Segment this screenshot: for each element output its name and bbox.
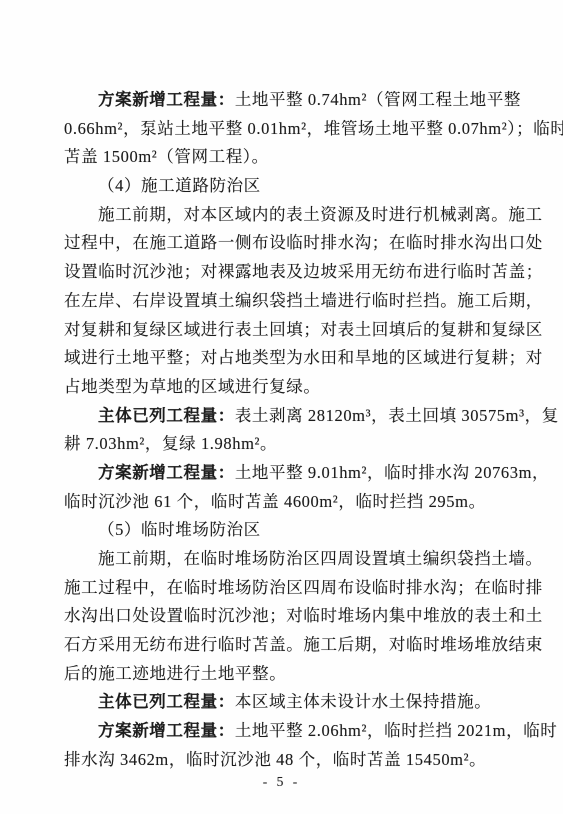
text-run: 在左岸、右岸设置填土编织袋挡土墙进行临时拦挡。施工后期，: [64, 291, 543, 310]
paragraph: 施工前期，对本区域内的表土资源及时进行机械剥离。施工过程中，在施工道路一侧布设临…: [64, 201, 516, 402]
text-line: 0.66hm²，泵站土地平整 0.01hm²，堆管场土地平整 0.07hm²）；…: [64, 115, 516, 144]
bold-run-in-label: 主体已列工程量：: [98, 692, 235, 711]
text-run: 水沟出口处设置临时沉沙池；对临时堆场内集中堆放的表土和土: [64, 606, 543, 625]
text-run: （5）临时堆场防治区: [98, 520, 261, 539]
text-run: 临时沉沙池 61 个，临时苫盖 4600m²，临时拦挡 295m。: [64, 492, 486, 511]
text-line: 方案新增工程量：土地平整 9.01hm²，临时排水沟 20763m，: [64, 459, 516, 488]
text-run: 过程中，在施工道路一侧布设临时排水沟；在临时排水沟出口处: [64, 233, 543, 252]
paragraph: 方案新增工程量：土地平整 9.01hm²，临时排水沟 20763m，临时沉沙池 …: [64, 459, 516, 516]
text-run: 0.66hm²，泵站土地平整 0.01hm²，堆管场土地平整 0.07hm²）；…: [64, 119, 563, 138]
text-line: 石方采用无纺布进行临时苫盖。施工后期，对临时堆场堆放结束: [64, 631, 516, 660]
paragraph: 施工前期，在临时堆场防治区四周设置填土编织袋挡土墙。施工过程中，在临时堆场防治区…: [64, 545, 516, 688]
text-run: 土地平整 9.01hm²，临时排水沟 20763m，: [235, 463, 549, 482]
text-line: 过程中，在施工道路一侧布设临时排水沟；在临时排水沟出口处: [64, 229, 516, 258]
document-page: 方案新增工程量：土地平整 0.74hm²（管网工程土地平整0.66hm²，泵站土…: [0, 0, 563, 814]
text-line: 施工前期，在临时堆场防治区四周设置填土编织袋挡土墙。: [64, 545, 516, 574]
text-line: （5）临时堆场防治区: [64, 516, 516, 545]
paragraph: 方案新增工程量：土地平整 0.74hm²（管网工程土地平整0.66hm²，泵站土…: [64, 86, 516, 172]
bold-run-in-label: 主体已列工程量：: [98, 406, 235, 425]
text-line: 占地类型为草地的区域进行复绿。: [64, 373, 516, 402]
text-line: 排水沟 3462m，临时沉沙池 48 个，临时苫盖 15450m²。: [64, 746, 516, 775]
text-run: 表土剥离 28120m³，表土回填 30575m³，复: [235, 406, 559, 425]
text-line: 临时沉沙池 61 个，临时苫盖 4600m²，临时拦挡 295m。: [64, 488, 516, 517]
text-run: 耕 7.03hm²，复绿 1.98hm²。: [64, 434, 277, 453]
text-run: 施工前期，对本区域内的表土资源及时进行机械剥离。施工: [98, 205, 543, 224]
text-line: 施工前期，对本区域内的表土资源及时进行机械剥离。施工: [64, 201, 516, 230]
text-run: 施工前期，在临时堆场防治区四周设置填土编织袋挡土墙。: [98, 549, 543, 568]
document-text-block: 方案新增工程量：土地平整 0.74hm²（管网工程土地平整0.66hm²，泵站土…: [64, 86, 516, 775]
text-run: 本区域主体未设计水土保持措施。: [235, 692, 492, 711]
text-line: 水沟出口处设置临时沉沙池；对临时堆场内集中堆放的表土和土: [64, 602, 516, 631]
text-run: 占地类型为草地的区域进行复绿。: [64, 377, 321, 396]
text-run: 土地平整 2.06hm²，临时拦挡 2021m，临时: [235, 721, 558, 740]
text-line: 苫盖 1500m²（管网工程）。: [64, 143, 516, 172]
text-line: 主体已列工程量：本区域主体未设计水土保持措施。: [64, 688, 516, 717]
text-line: 方案新增工程量：土地平整 2.06hm²，临时拦挡 2021m，临时: [64, 717, 516, 746]
text-line: 方案新增工程量：土地平整 0.74hm²（管网工程土地平整: [64, 86, 516, 115]
text-run: 石方采用无纺布进行临时苫盖。施工后期，对临时堆场堆放结束: [64, 635, 543, 654]
text-run: 施工过程中，在临时堆场防治区四周布设临时排水沟；在临时排: [64, 578, 543, 597]
text-run: 设置临时沉沙池；对裸露地表及边坡采用无纺布进行临时苫盖；: [64, 262, 543, 281]
text-line: 域进行土地平整；对占地类型为水田和旱地的区域进行复耕；对: [64, 344, 516, 373]
text-line: 对复耕和复绿区域进行表土回填；对表土回填后的复耕和复绿区: [64, 316, 516, 345]
bold-run-in-label: 方案新增工程量：: [98, 90, 235, 109]
paragraph: 方案新增工程量：土地平整 2.06hm²，临时拦挡 2021m，临时排水沟 34…: [64, 717, 516, 774]
text-line: 施工过程中，在临时堆场防治区四周布设临时排水沟；在临时排: [64, 574, 516, 603]
text-run: 后的施工迹地进行土地平整。: [64, 664, 286, 683]
text-line: 耕 7.03hm²，复绿 1.98hm²。: [64, 430, 516, 459]
paragraph: 主体已列工程量：本区域主体未设计水土保持措施。: [64, 688, 516, 717]
section-heading: （4）施工道路防治区: [64, 172, 516, 201]
text-line: （4）施工道路防治区: [64, 172, 516, 201]
text-run: 排水沟 3462m，临时沉沙池 48 个，临时苫盖 15450m²。: [64, 750, 486, 769]
paragraph: 主体已列工程量：表土剥离 28120m³，表土回填 30575m³，复耕 7.0…: [64, 402, 516, 459]
text-run: 域进行土地平整；对占地类型为水田和旱地的区域进行复耕；对: [64, 348, 543, 367]
text-run: 土地平整 0.74hm²（管网工程土地平整: [235, 90, 521, 109]
text-line: 在左岸、右岸设置填土编织袋挡土墙进行临时拦挡。施工后期，: [64, 287, 516, 316]
text-run: 对复耕和复绿区域进行表土回填；对表土回填后的复耕和复绿区: [64, 320, 543, 339]
bold-run-in-label: 方案新增工程量：: [98, 721, 235, 740]
text-line: 设置临时沉沙池；对裸露地表及边坡采用无纺布进行临时苫盖；: [64, 258, 516, 287]
bold-run-in-label: 方案新增工程量：: [98, 463, 235, 482]
text-line: 主体已列工程量：表土剥离 28120m³，表土回填 30575m³，复: [64, 402, 516, 431]
text-run: （4）施工道路防治区: [98, 176, 261, 195]
page-number: - 5 -: [0, 774, 563, 790]
text-line: 后的施工迹地进行土地平整。: [64, 660, 516, 689]
text-run: 苫盖 1500m²（管网工程）。: [64, 147, 269, 166]
section-heading: （5）临时堆场防治区: [64, 516, 516, 545]
